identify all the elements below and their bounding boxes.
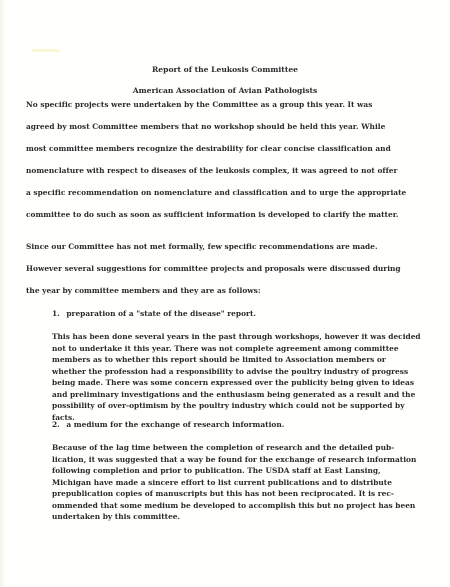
- list-item-number: 1.: [52, 309, 60, 318]
- paragraph1-line: a specific recommendation on nomenclatur…: [26, 188, 406, 197]
- paragraph1-line: nomenclature with respect to diseases of…: [26, 166, 397, 175]
- item2-body-line: lication, it was suggested that a way be…: [52, 455, 416, 464]
- document-subtitle: American Association of Avian Pathologis…: [0, 86, 450, 95]
- paragraph1-line: No specific projects were undertaken by …: [26, 100, 372, 109]
- paragraph2-line: Since our Committee has not met formally…: [26, 242, 378, 251]
- item1-body-line: not to undertake it this year. There was…: [52, 344, 399, 353]
- item1-body-line: possibility of over-optimism by the poul…: [52, 401, 405, 410]
- list-item-2-heading: 2. a medium for the exchange of research…: [52, 420, 284, 429]
- item1-body-line: This has been done several years in the …: [52, 332, 421, 341]
- item1-body-line: and preliminary investigations and the e…: [52, 390, 415, 399]
- paragraph1-line: most committee members recognize the des…: [26, 144, 391, 153]
- item1-body-line: being made. There was some concern expre…: [52, 378, 414, 387]
- document-page: Report of the Leukosis Committee America…: [0, 0, 450, 587]
- paragraph1-line: committee to do such as soon as sufficie…: [26, 210, 399, 219]
- list-item-1-heading: 1. preparation of a "state of the diseas…: [52, 309, 256, 318]
- list-item-number: 2.: [52, 420, 60, 429]
- item2-body-line: prepublication copies of manuscripts but…: [52, 489, 394, 498]
- document-title: Report of the Leukosis Committee: [0, 65, 450, 74]
- page-smudge-mark: [32, 49, 60, 52]
- item2-body-line: Because of the lag time between the comp…: [52, 443, 394, 452]
- item2-body-line: Michigan have made a sincere effort to l…: [52, 478, 392, 487]
- item2-body-line: following completion and prior to public…: [52, 466, 381, 475]
- item2-body-line: undertaken by this committee.: [52, 512, 180, 521]
- paragraph2-line: However several suggestions for committe…: [26, 264, 401, 273]
- item1-body-line: whether the profession had a responsibil…: [52, 367, 408, 376]
- list-item-heading-text: a medium for the exchange of research in…: [66, 420, 284, 429]
- list-item-heading-text: preparation of a "state of the disease" …: [66, 309, 256, 318]
- item2-body-line: ommended that some medium be developed t…: [52, 501, 415, 510]
- paragraph2-line: the year by committee members and they a…: [26, 286, 261, 295]
- paragraph1-line: agreed by most Committee members that no…: [26, 122, 385, 131]
- item1-body-line: members as to whether this report should…: [52, 355, 386, 364]
